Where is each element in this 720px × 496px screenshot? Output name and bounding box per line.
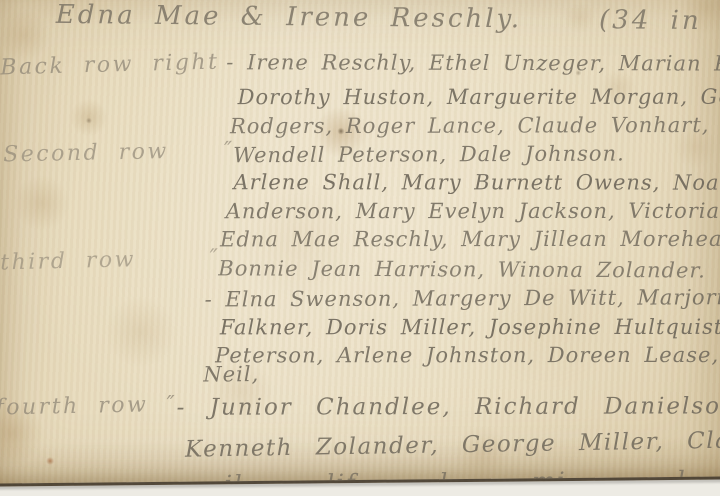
- handwritten-line: Rodgers, Roger Lance, Claude Vonhart,: [230, 113, 710, 138]
- handwritten-line: Neil,: [203, 362, 259, 387]
- handwritten-line: - Elna Swenson, Margery De Witt, Marjori…: [205, 285, 720, 311]
- handwritten-line: Kenneth Zolander, George Miller, Claren: [185, 427, 720, 463]
- handwritten-line: Bonnie Jean Harrison, Winona Zolander.: [218, 256, 706, 282]
- row-label-second-row: Second row ″: [3, 138, 235, 168]
- handwriting-area: Edna Mae & Irene Reschly. (34 in all) Ba…: [0, 0, 720, 483]
- scan-background: Edna Mae & Irene Reschly. (34 in all) Ba…: [0, 0, 720, 496]
- row-label-fourth-row: fourth row ″: [0, 392, 178, 421]
- handwritten-line: Falkner, Doris Miller, Josephine Hultqui…: [220, 315, 720, 340]
- row-label-third-row: third row ″: [0, 245, 221, 275]
- title-line: Edna Mae & Irene Reschly. (34 in all): [56, 0, 720, 37]
- handwritten-line: Peterson, Arlene Johnston, Doreen Lease,…: [215, 343, 720, 368]
- handwritten-line: Edna Mae Reschly, Mary Jillean Morehead: [220, 227, 720, 251]
- handwritten-line: Anderson, Mary Evelyn Jackson, Victoria …: [226, 199, 720, 224]
- cut-off-line: il lif l mi l: [224, 466, 687, 487]
- handwritten-line: Wendell Peterson, Dale Johnson.: [233, 142, 625, 168]
- photo-back-card: Edna Mae & Irene Reschly. (34 in all) Ba…: [0, 0, 720, 487]
- row-label-back-row: Back row right: [0, 50, 220, 81]
- handwritten-line: - Junior Chandlee, Richard Danielson,: [177, 393, 720, 420]
- handwritten-line: Arlene Shall, Mary Burnett Owens, Noami: [233, 170, 720, 194]
- handwritten-line: - Irene Reschly, Ethel Unzeger, Marian P…: [226, 50, 720, 75]
- handwritten-line: Dorothy Huston, Marguerite Morgan, Gene: [238, 85, 720, 109]
